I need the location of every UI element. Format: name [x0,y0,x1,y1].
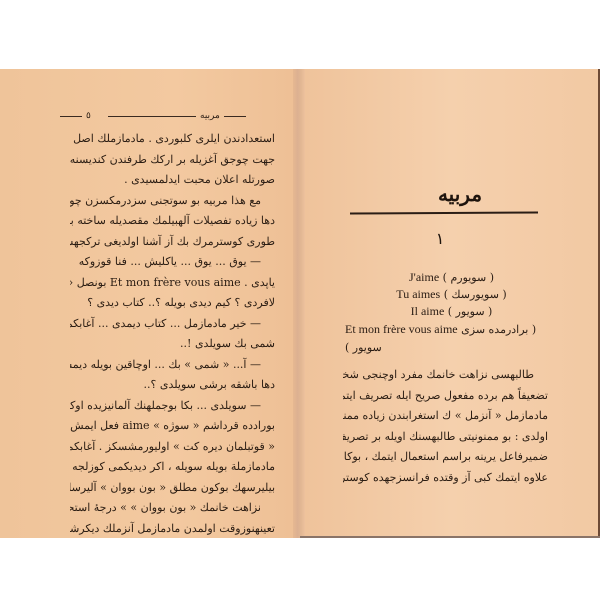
right-body-text: طالبهسى نزاهت خانمك مفرد اوچنجى شخصى بوي… [343,365,548,488]
text-line: مع هذا مربيه بو سوتجنى سزدرمكسزن چوجقدن [70,191,275,212]
text-line: اولدى : بو ممنونيتى طالبهسنك اويله بر تص… [343,427,548,448]
page-number: ٥ [82,111,108,121]
text-line: مادمازملة بويله سويله ، اكر ديديكمى كوزل… [70,457,275,478]
text-line: تعينهنوزوقت اولمدن مادمازمل آنزملك ديكرش… [70,519,275,540]
conjugation-line: Tu aimes ( سويورسك ) [305,286,598,303]
french-verb: J'aime [409,270,439,284]
running-head-rule [60,116,82,117]
turkish-verb: ( سويور ) [448,305,493,318]
book-spread: ٥ مربيه استعدادندن ايلرى كلبوردى . مادما… [0,69,600,538]
turkish-verb: سويور ) [345,341,382,354]
french-verb: Il aime [411,304,445,318]
text-line: طالبهسى نزاهت خانمك مفرد اوچنجى شخصى بوي… [343,365,548,386]
running-head-title: مربيه [196,111,224,121]
text-line: دها زياده تفصيلات آلهبيلمك مقصديله ساخته… [70,211,275,232]
text-line: صورتله اعلان محبت ايدلمسيدى . [70,170,275,191]
book-gutter [293,69,305,538]
text-line: استعدادندن ايلرى كلبوردى . مادمازملك اصل… [70,129,275,150]
book-bottom-edge [300,536,600,538]
text-line: — يوق ... يوق ... ياكليش ... فنا قوزوكه [70,252,275,273]
text-line: ياپدى . Et mon frère vous aime بونصل « ب… [70,273,275,294]
text-line: طورى كوسترمرك بك آز آشنا اولديغى تركجهسي… [70,232,275,253]
text-line: نزاهت خانمك « بون بووان » » درجهٔ استحقا… [70,498,275,519]
left-page: ٥ مربيه استعدادندن ايلرى كلبوردى . مادما… [0,69,293,538]
text-line: دها باشقه برشى سويلدى ؟.. [70,375,275,396]
chapter-number: ١ [410,229,470,248]
text-line: « قوتبلمان ديره كت » اوليورمشسكز . آغابك… [70,437,275,458]
text-line: تضعيفاً هم برده مفعول صريح ايله تصريف اي… [343,386,548,407]
text-line: — خير مادمازمل ... كتاب ديمدى ... آغابكم [70,314,275,335]
left-running-head: ٥ مربيه [60,110,270,122]
turkish-verb: ( برادرمده سزى [461,323,536,336]
text-line: بورادده قرداشم « سوژه » aime فعل ايمش ..… [70,416,275,437]
conjugation-line: سويور ) [305,339,575,356]
text-line: — آ... « شمى » بك ... اوچاقين بويله ديمش… [70,355,275,376]
french-verb: Tu aimes [396,287,440,301]
text-line: علاوه ايتمك كبى آز وقتده فرانسزجهده كوست… [343,468,548,489]
french-verb: Et mon frère vous aime [345,322,458,336]
text-line: ضميرفاعل يرينه براسم استعمال ايتمك ، بوك… [343,447,548,468]
running-head-rule [224,116,246,117]
text-line: لافردى ؟ كيم ديدى بويله ؟.. كتاب ديدى ؟ [70,293,275,314]
title-rule [350,212,538,215]
text-line: جهت چوجق آغزيله بر اركك طرفندن كنديسنه ش… [70,150,275,171]
conjugation-line: Il aime ( سويور ) [305,303,598,320]
conjugation-line: Et mon frère vous aime ( برادرمده سزى [305,321,575,338]
chapter-title: مربيه [420,182,500,206]
left-body-text: استعدادندن ايلرى كلبوردى . مادمازملك اصل… [70,129,275,539]
text-line: — سويلدى ... بكا بوجملهنك آلمانيزيده اوك… [70,396,275,417]
turkish-verb: ( سويورم ) [443,271,494,284]
running-head-rule [108,116,196,117]
text-line: بيليرسهك بوكون مطلق « بون بووان » آليرسك… [70,478,275,499]
turkish-verb: ( سويورسك ) [444,288,507,301]
text-line: مادمازمل « آنزمل » ك استغرابندن زياده مم… [343,406,548,427]
text-line: شمى بك سويلدى !.. [70,334,275,355]
right-page: مربيه ١ J'aime ( سويورم ) Tu aimes ( سوي… [305,69,598,538]
conjugation-line: J'aime ( سويورم ) [305,269,598,286]
